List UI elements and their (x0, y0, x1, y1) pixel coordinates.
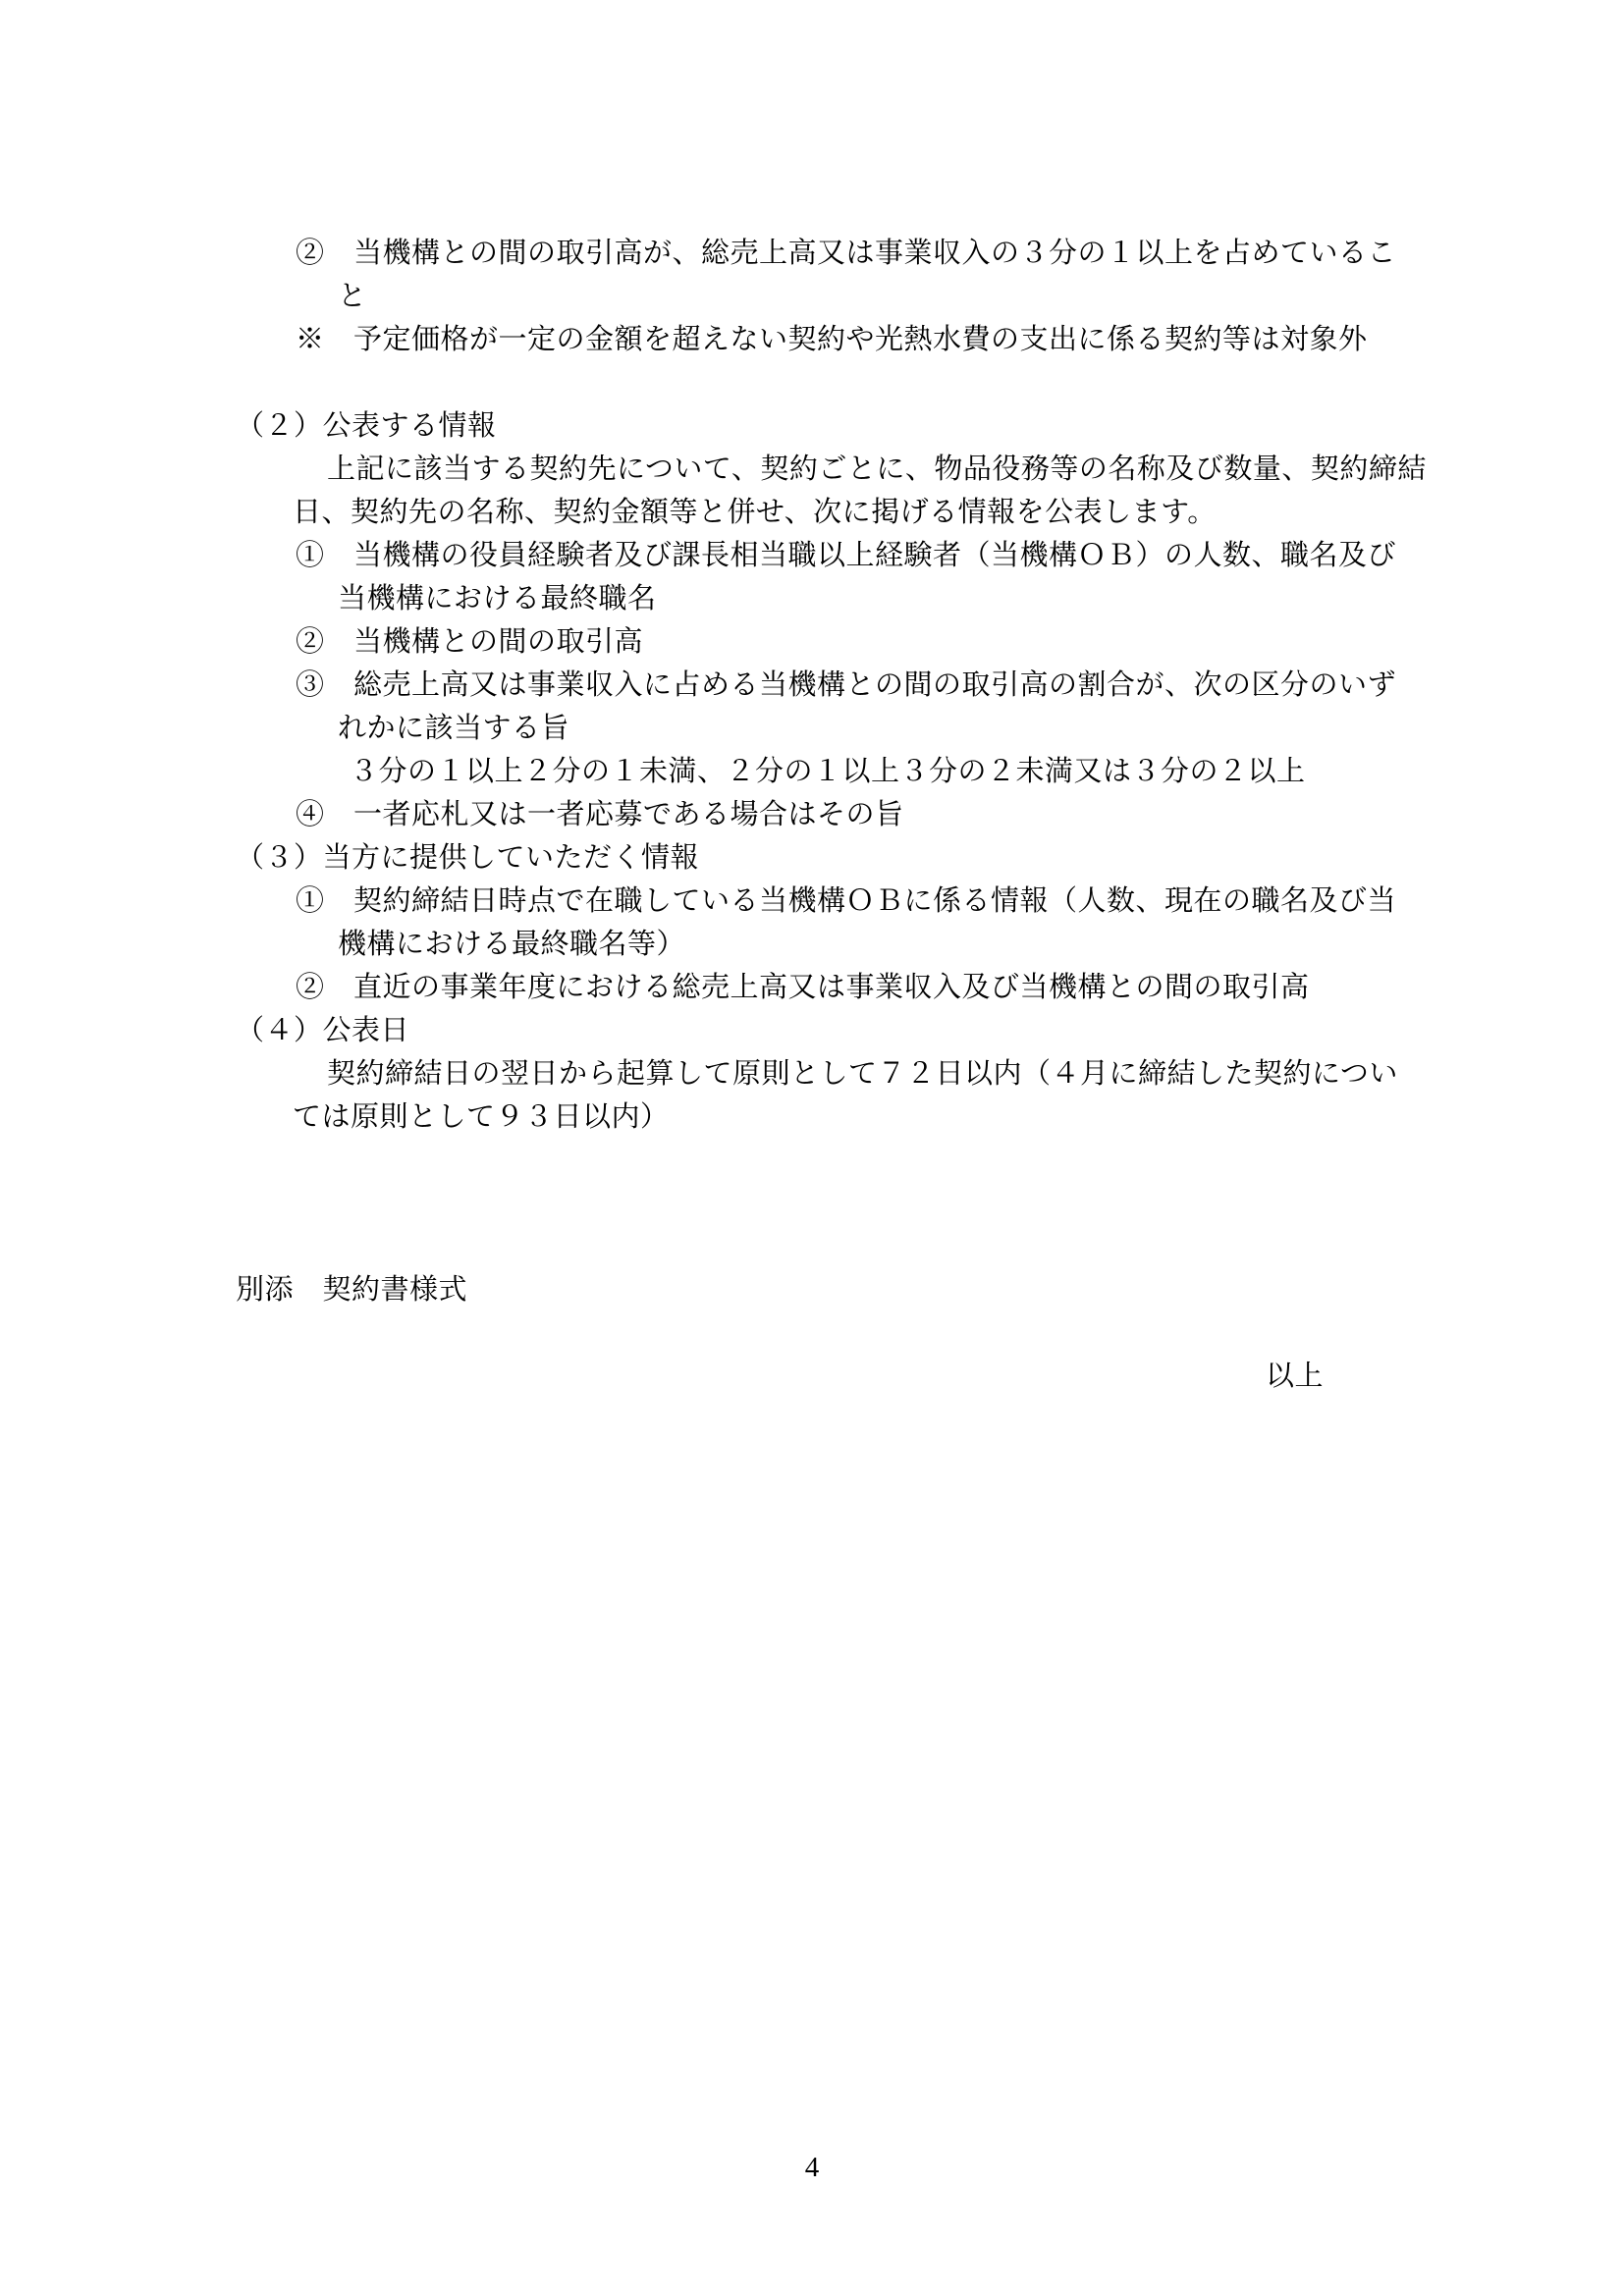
document-body: ② 当機構との間の取引高が、総売上高又は事業収入の３分の１以上を占めているこ と… (0, 232, 1624, 1398)
section2-item3-line1: ③ 総売上高又は事業収入に占める当機構との間の取引高の割合が、次の区分のいず (0, 664, 1624, 707)
attachment-line: 別添 契約書様式 (0, 1268, 1624, 1311)
note-line: ※ 予定価格が一定の金額を超えない契約や光熱水費の支出に係る契約等は対象外 (0, 318, 1624, 361)
section4-paragraph-line1: 契約締結日の翌日から起算して原則として７２日以内（４月に締結した契約につい (0, 1052, 1624, 1095)
section4-paragraph-line2: ては原則として９３日以内） (0, 1095, 1624, 1139)
list-item-2-line1: ② 当機構との間の取引高が、総売上高又は事業収入の３分の１以上を占めているこ (0, 232, 1624, 275)
section3-item2: ② 直近の事業年度における総売上高又は事業収入及び当機構との間の取引高 (0, 966, 1624, 1009)
section2-item3-line3: ３分の１以上２分の１未満、２分の１以上３分の２未満又は３分の２以上 (0, 750, 1624, 793)
blank-line (0, 1139, 1624, 1182)
section2-item3-line2: れかに該当する旨 (0, 707, 1624, 750)
section2-paragraph-line1: 上記に該当する契約先について、契約ごとに、物品役務等の名称及び数量、契約締結 (0, 448, 1624, 491)
section4-heading: （４）公表日 (0, 1009, 1624, 1052)
section2-paragraph-line2: 日、契約先の名称、契約金額等と併せ、次に掲げる情報を公表します。 (0, 491, 1624, 534)
section2-item2: ② 当機構との間の取引高 (0, 620, 1624, 664)
page-number: 4 (0, 2148, 1624, 2187)
section2-item1-line1: ① 当機構の役員経験者及び課長相当職以上経験者（当機構ＯＢ）の人数、職名及び (0, 534, 1624, 577)
section2-item4: ④ 一者応札又は一者応募である場合はその旨 (0, 793, 1624, 836)
section3-item1-line1: ① 契約締結日時点で在職している当機構ＯＢに係る情報（人数、現在の職名及び当 (0, 880, 1624, 923)
blank-line (0, 1182, 1624, 1225)
section3-heading: （３）当方に提供していただく情報 (0, 836, 1624, 880)
document-page: ② 当機構との間の取引高が、総売上高又は事業収入の３分の１以上を占めているこ と… (0, 0, 1624, 2296)
list-item-2-line2: と (0, 275, 1624, 318)
blank-line (0, 1311, 1624, 1355)
closing-line: 以上 (0, 1355, 1624, 1398)
section2-heading: （２）公表する情報 (0, 404, 1624, 448)
section2-item1-line2: 当機構における最終職名 (0, 577, 1624, 620)
blank-line (0, 361, 1624, 404)
section3-item1-line2: 機構における最終職名等） (0, 923, 1624, 966)
blank-line (0, 1225, 1624, 1268)
